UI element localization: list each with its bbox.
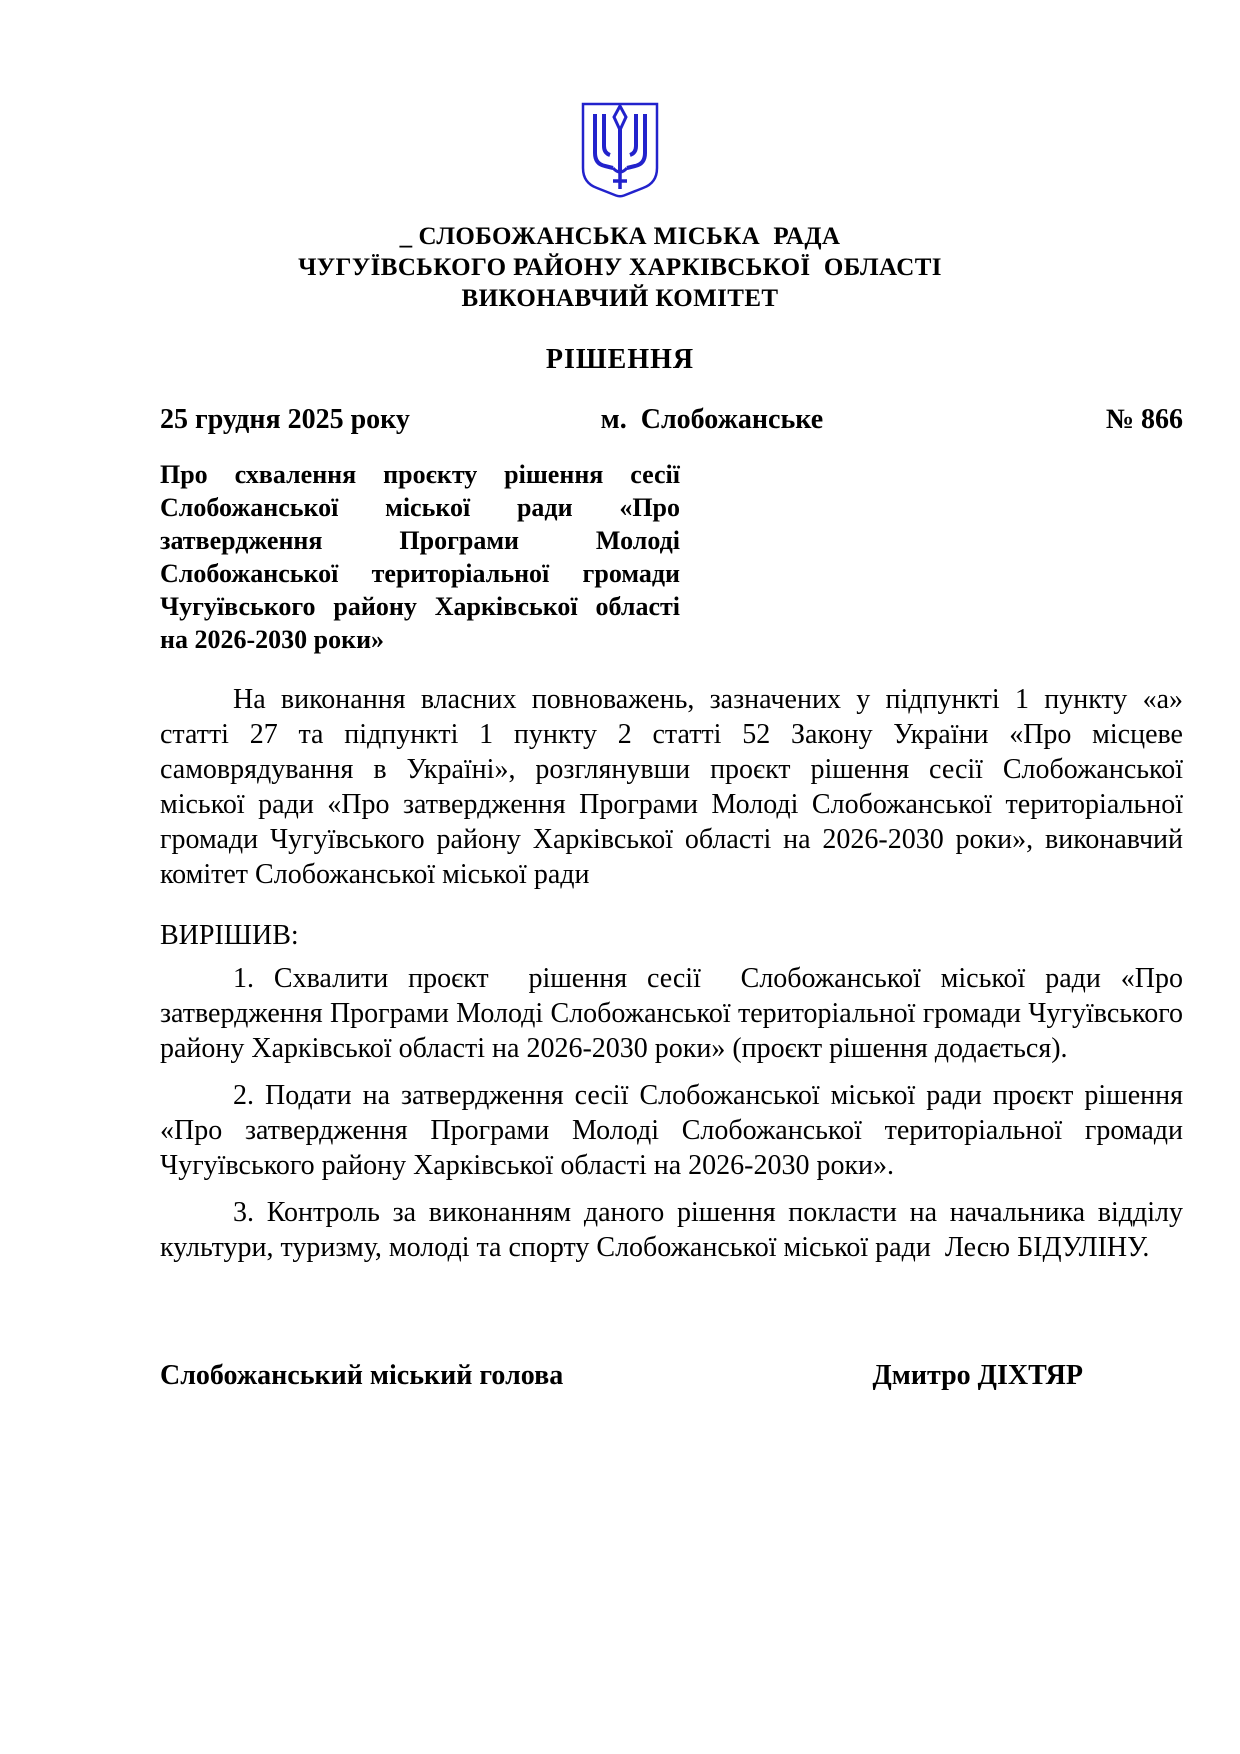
org-name-district: ЧУГУЇВСЬКОГО РАЙОНУ ХАРКІВСЬКОЇ ОБЛАСТІ	[0, 252, 1240, 283]
decision-subject: Про схвалення проєкту рішення сесії Слоб…	[160, 458, 680, 656]
org-name-executive-committee: ВИКОНАВЧИЙ КОМІТЕТ	[0, 283, 1240, 314]
document-type-title: РІШЕННЯ	[0, 344, 1240, 376]
decision-item-3: 3. Контроль за виконанням даного рішення…	[160, 1195, 1183, 1265]
decision-item-1: 1. Схвалити проєкт рішення сесії Слобожа…	[160, 961, 1183, 1066]
document-body: 25 грудня 2025 року м. Слобожанське № 86…	[160, 404, 1183, 1392]
decision-item-2: 2. Подати на затвердження сесії Слобожан…	[160, 1078, 1183, 1183]
date-place-number-row: 25 грудня 2025 року м. Слобожанське № 86…	[160, 404, 1183, 436]
signature-row: Слобожанський міський голова Дмитро ДІХТ…	[160, 1360, 1183, 1392]
document-number: № 866	[1106, 404, 1183, 436]
underscore-artifact: _	[400, 221, 413, 252]
organization-name-block: _СЛОБОЖАНСЬКА МІСЬКА РАДА ЧУГУЇВСЬКОГО Р…	[0, 221, 1240, 314]
document-page: _СЛОБОЖАНСЬКА МІСЬКА РАДА ЧУГУЇВСЬКОГО Р…	[0, 0, 1240, 1754]
signatory-name: Дмитро ДІХТЯР	[873, 1360, 1083, 1392]
resolved-label: ВИРІШИВ:	[160, 918, 1183, 953]
signatory-position: Слобожанський міський голова	[160, 1360, 563, 1392]
letterhead: _СЛОБОЖАНСЬКА МІСЬКА РАДА ЧУГУЇВСЬКОГО Р…	[0, 0, 1240, 376]
preamble-paragraph: На виконання власних повноважень, зазнач…	[160, 682, 1183, 892]
document-date: 25 грудня 2025 року	[160, 404, 410, 436]
ukraine-trident-emblem-icon	[579, 102, 661, 198]
org-name-city-council: СЛОБОЖАНСЬКА МІСЬКА РАДА	[419, 223, 841, 250]
document-place: м. Слобожанське	[601, 404, 823, 436]
org-name-line-1: _СЛОБОЖАНСЬКА МІСЬКА РАДА	[0, 221, 1240, 252]
